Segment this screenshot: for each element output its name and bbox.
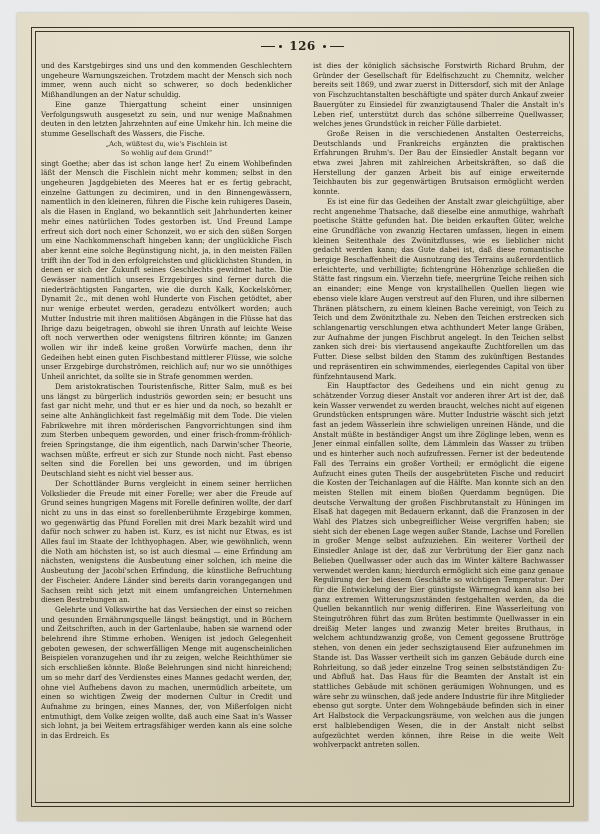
quote-line: So wohlig auf dem Grund!“ xyxy=(41,149,292,158)
paragraph: singt Goethe; aber das ist schon lange h… xyxy=(41,159,292,382)
text-columns: und des Karstgebirges sind uns und den k… xyxy=(41,61,564,791)
ornament-dot-right xyxy=(323,45,326,48)
paragraph: Ein Hauptfactor des Gedeihens und ein ni… xyxy=(313,381,564,750)
paragraph: Gelehrte und Volkswirthe hat das Versiec… xyxy=(41,605,292,741)
ornament-dash-right xyxy=(330,46,344,47)
paragraph: Der Schottländer Burns vergleicht in ein… xyxy=(41,479,292,605)
right-column: ist dies der königlich sächsische Forstw… xyxy=(313,61,564,791)
paragraph: Es ist eine für das Gedeihen der Anstalt… xyxy=(313,197,564,381)
ornament-dash-left xyxy=(261,46,275,47)
goethe-quote: „Ach, wüßtest du, wie's Fischlein ist So… xyxy=(41,140,292,158)
paragraph: Dem aristokratischen Touristenfische, Ri… xyxy=(41,382,292,479)
left-column: und des Karstgebirges sind uns und den k… xyxy=(41,61,292,791)
paragraph: und des Karstgebirges sind uns und den k… xyxy=(41,61,292,100)
newspaper-page: 126 und des Karstgebirges sind uns und d… xyxy=(17,13,588,821)
page-header: 126 xyxy=(17,39,588,53)
paragraph: ist dies der königlich sächsische Forstw… xyxy=(313,61,564,129)
quote-line: „Ach, wüßtest du, wie's Fischlein ist xyxy=(41,140,292,149)
ornament-dot-left xyxy=(279,45,282,48)
paragraph: Eine ganze Thiergattung scheint einer un… xyxy=(41,100,292,139)
paragraph: Große Reisen in die verschiedenen Anstal… xyxy=(313,129,564,197)
page-number: 126 xyxy=(289,39,316,53)
